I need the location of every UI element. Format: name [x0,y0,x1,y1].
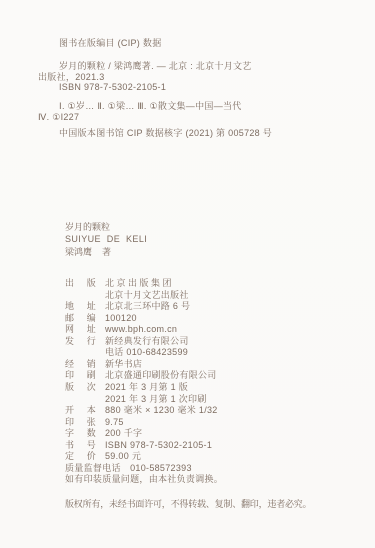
colophon-row: 北京十月文艺出版社 [65,290,375,302]
colophon-value: 9.75 [105,417,124,429]
cip-registry: 中国版本图书馆 CIP 数据核字 (2021) 第 005728 号 [38,128,338,139]
colophon-row: 网址www.bph.com.cn [65,324,375,336]
colophon-row: 地址北京北三环中路 6 号 [65,301,375,313]
colophon-row: 邮编100120 [65,313,375,325]
colophon-label-char: 经 [65,359,74,371]
cip-entry-line-1: 岁月的颗粒 / 梁鸿鹰著. — 北京 : 北京十月文艺 [59,61,252,71]
colophon-row: 开本880 毫米 × 1230 毫米 1/32 [65,405,375,417]
colophon-block: 出版北京出版集团北京十月文艺出版社地址北京北三环中路 6 号邮编100120网址… [65,278,375,486]
book-title-pinyin: SUIYUE DE KELI [65,233,375,246]
colophon-value: 北京出版集团 [105,278,174,290]
colophon-label: 印刷 [65,370,96,382]
colophon-rows: 出版北京出版集团北京十月文艺出版社地址北京北三环中路 6 号邮编100120网址… [65,278,375,463]
colophon-label-char: 址 [87,324,96,336]
colophon-label: 印张 [65,417,96,429]
colophon-label: 网址 [65,324,96,336]
colophon-value: 2021 年 3 月第 1 次印刷 [105,394,207,406]
colophon-label-char: 销 [87,359,96,371]
colophon-row: 经销新华书店 [65,359,375,371]
quality-note: 如有印装质量问题，由本社负责调换。 [65,474,375,486]
colophon-label: 开本 [65,405,96,417]
colophon-label: 地址 [65,301,96,313]
colophon-label-char: 网 [65,324,74,336]
cip-heading: 图书在版编目 (CIP) 数据 [38,38,338,49]
title-block: 岁月的颗粒 SUIYUE DE KELI 梁鸿鹰著 [65,221,375,259]
colophon-label [65,290,96,302]
colophon-label-char: 书 [65,440,74,452]
colophon-label-char: 价 [87,451,96,463]
colophon-label-char: 开 [65,405,74,417]
author-line: 梁鸿鹰著 [65,246,375,259]
colophon-value: www.bph.com.cn [105,324,177,336]
colophon-label-char: 出 [65,278,74,290]
colophon-value: 59.00 元 [105,451,141,463]
cip-block: 图书在版编目 (CIP) 数据 岁月的颗粒 / 梁鸿鹰著. — 北京 : 北京十… [38,38,338,139]
colophon-row: 定价59.00 元 [65,451,375,463]
colophon-value: 100120 [105,313,137,325]
copyright-notice: 版权所有，未经书面许可，不得转载、复制、翻印，违者必究。 [65,499,375,511]
colophon-value: 北京北三环中路 6 号 [105,301,190,313]
colophon-value: ISBN 978-7-5302-2105-1 [105,440,212,452]
colophon-label-char: 行 [87,336,96,348]
colophon-value: 北京十月文艺出版社 [105,290,189,302]
quality-phone: 质量监督电话 010-58572393 [65,463,375,475]
colophon-label-char: 版 [65,382,74,394]
colophon-row: 2021 年 3 月第 1 次印刷 [65,394,375,406]
colophon-label: 版次 [65,382,96,394]
colophon-label: 经销 [65,359,96,371]
colophon-value: 2021 年 3 月第 1 版 [105,382,188,394]
colophon-label: 发行 [65,336,96,348]
cip-isbn: ISBN 978-7-5302-2105-1 [38,82,338,93]
colophon-label-char: 本 [87,405,96,417]
cip-classification-line-1: Ⅰ. ①岁… Ⅱ. ①梁… Ⅲ. ①散文集—中国—当代 [59,101,242,111]
cip-classification-line-2: Ⅳ. ①I227 [38,112,79,122]
copyright-page: 图书在版编目 (CIP) 数据 岁月的颗粒 / 梁鸿鹰著. — 北京 : 北京十… [0,0,375,548]
colophon-label: 定价 [65,451,96,463]
colophon-label: 字数 [65,428,96,440]
colophon-label: 出版 [65,278,96,290]
colophon-label: 邮编 [65,313,96,325]
colophon-label-char: 字 [65,428,74,440]
colophon-label-char: 版 [87,278,96,290]
colophon-label [65,347,96,359]
colophon-row: 印张9.75 [65,417,375,429]
colophon-value: 新经典发行有限公司 [105,336,189,348]
author-name: 梁鸿鹰 [65,247,92,257]
colophon-label-char: 邮 [65,313,74,325]
colophon-label-char: 印 [65,370,74,382]
colophon-label-char: 发 [65,336,74,348]
colophon-label-char: 址 [87,301,96,313]
colophon-label-char: 地 [65,301,74,313]
colophon-value: 电话 010-68423599 [105,347,188,359]
colophon-label-char: 印 [65,417,74,429]
colophon-value: 新华书店 [105,359,142,371]
colophon-label-char: 刷 [87,370,96,382]
colophon-label: 书号 [65,440,96,452]
cip-classification: Ⅰ. ①岁… Ⅱ. ①梁… Ⅲ. ①散文集—中国—当代Ⅳ. ①I227 [38,101,338,123]
colophon-label-char: 定 [65,451,74,463]
colophon-row: 书号ISBN 978-7-5302-2105-1 [65,440,375,452]
colophon-row: 发行新经典发行有限公司 [65,336,375,348]
colophon-label-char: 数 [87,428,96,440]
colophon-value: 200 千字 [105,428,142,440]
colophon-label-char: 编 [87,313,96,325]
colophon-row: 出版北京出版集团 [65,278,375,290]
colophon-label-char: 张 [87,417,96,429]
colophon-row: 版次2021 年 3 月第 1 版 [65,382,375,394]
cip-entry: 岁月的颗粒 / 梁鸿鹰著. — 北京 : 北京十月文艺出版社，2021.3 [38,61,338,83]
author-role: 著 [102,247,111,257]
colophon-row: 字数200 千字 [65,428,375,440]
colophon-row: 电话 010-68423599 [65,347,375,359]
colophon-value: 880 毫米 × 1230 毫米 1/32 [105,405,218,417]
colophon-label [65,394,96,406]
colophon-label-char: 号 [87,440,96,452]
footer: 版权所有，未经书面许可，不得转载、复制、翻印，违者必究。 [65,499,375,511]
book-title: 岁月的颗粒 [65,221,375,234]
colophon-value: 北京盛通印刷股份有限公司 [105,370,217,382]
colophon-label-char: 次 [87,382,96,394]
cip-entry-line-2: 出版社，2021.3 [38,72,105,82]
colophon-row: 印刷北京盛通印刷股份有限公司 [65,370,375,382]
